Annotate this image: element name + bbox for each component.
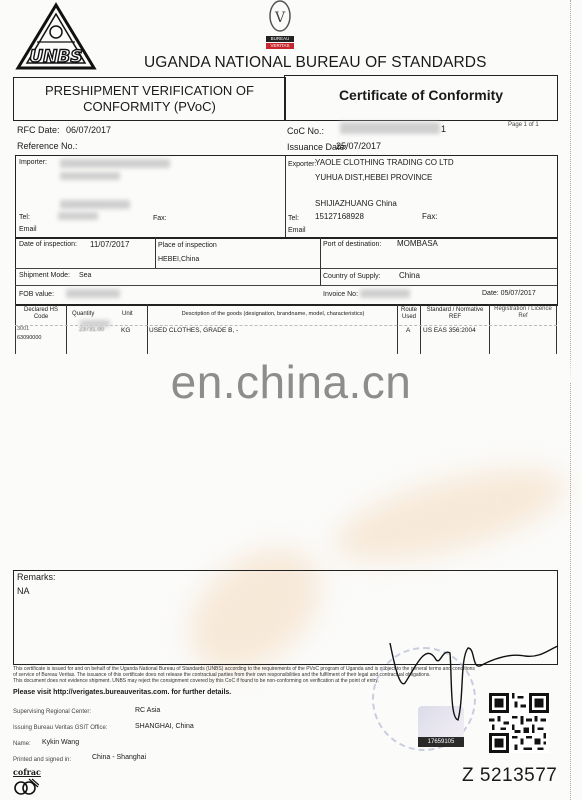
certificate-title: Certificate of Conformity	[285, 87, 557, 103]
divider	[15, 285, 557, 286]
reference-label: Reference No.:	[17, 141, 78, 151]
svg-text:V: V	[274, 10, 286, 26]
cofrac-emblem-icon	[13, 777, 39, 797]
divider	[285, 155, 286, 238]
regional-center-label: Supervising Regional Center:	[13, 709, 91, 715]
exporter-tel-label: Tel:	[288, 215, 299, 222]
col-header-description: Description of the goods (designation, b…	[150, 311, 396, 317]
verification-link[interactable]: Please visit http://verigates.bureauveri…	[13, 689, 231, 696]
program-title-box: PRESHIPMENT VERIFICATION OF CONFORMITY (…	[13, 77, 286, 121]
inspection-place-label: Place of inspection	[158, 242, 217, 249]
watermark: en.china.cn	[0, 355, 582, 409]
rfc-date-label: RFC Date:	[17, 125, 60, 135]
goods-description: USED CLOTHES, GRADE B, -	[149, 327, 238, 334]
rfc-date: 06/07/2017	[66, 125, 111, 135]
col-header-standard: Standard / Normative REF	[421, 307, 489, 321]
importer-tel-redacted	[58, 212, 98, 220]
table-border	[66, 304, 67, 354]
divider	[155, 237, 156, 268]
importer-fax-label: Fax:	[153, 215, 167, 222]
unbs-logo: UNBS	[15, 2, 97, 72]
importer-email-label: Email	[19, 226, 37, 233]
seal-number: 17659105	[418, 737, 464, 747]
program-title-line1: PRESHIPMENT VERIFICATION OF	[14, 83, 285, 99]
certificate-title-box: Certificate of Conformity	[284, 75, 558, 121]
invoice-no-label: Invoice No:	[323, 291, 358, 298]
country-supply-label: Country of Supply:	[323, 273, 381, 280]
inspection-date-label: Date of inspection:	[19, 241, 77, 248]
divider	[15, 304, 557, 305]
paper-stain	[325, 450, 575, 580]
invoice-no-redacted	[360, 289, 410, 298]
issuing-office: SHANGHAI, China	[135, 723, 194, 730]
col-header-quantity: Quantity	[72, 311, 94, 317]
col-header-route: Route Used	[398, 307, 420, 321]
divider	[320, 237, 321, 285]
name-label: Name:	[13, 741, 31, 747]
shipment-mode: Sea	[79, 272, 91, 279]
signatory-name: Kykin Wang	[42, 739, 79, 746]
route-used: A	[406, 327, 410, 334]
exporter-tel: 15127168928	[315, 212, 364, 221]
exporter-address-2: SHIJIAZHUANG China	[315, 199, 397, 208]
inspection-place: HEBEI,China	[158, 256, 199, 263]
fob-value-redacted	[66, 289, 120, 298]
printed-signed-label: Printed and signed in:	[13, 757, 71, 763]
regional-center: RC Asia	[135, 707, 160, 714]
quantity-redacted	[80, 320, 110, 327]
remarks-value: NA	[17, 586, 30, 596]
col-header-registration: Registration / Licence Ref	[490, 306, 556, 320]
cofrac-logo: cofrac	[13, 767, 43, 800]
table-border	[556, 304, 557, 354]
organization-title: UGANDA NATIONAL BUREAU OF STANDARDS	[144, 54, 487, 72]
printed-signed-location: China - Shanghai	[92, 754, 146, 761]
exporter-address-1: YUHUA DIST,HEBEI PROVINCE	[315, 173, 432, 182]
importer-tel-label: Tel:	[19, 214, 30, 221]
bv-label-top: BUREAU	[266, 36, 294, 42]
exporter-name: YAOLE CLOTHING TRADING CO LTD	[315, 158, 454, 167]
divider	[15, 268, 557, 269]
serial-number: Z 5213577	[462, 765, 557, 787]
cofrac-label: cofrac	[13, 767, 43, 777]
fob-value-label: FOB value:	[19, 291, 54, 298]
port-destination-label: Port of destination:	[323, 241, 381, 248]
unit: KG	[121, 327, 130, 334]
hs-code-line1: 3001	[17, 326, 29, 332]
col-header-unit: Unit	[122, 311, 133, 317]
issuing-office-label: Issuing Bureau Veritas GSIT Office:	[13, 725, 108, 731]
bv-label-bottom: VERITAS	[266, 43, 294, 49]
qr-code[interactable]	[489, 693, 549, 753]
country-supply: China	[399, 271, 420, 280]
program-title-line2: CONFORMITY (PVoC)	[14, 99, 285, 115]
exporter-email-label: Email	[288, 227, 306, 234]
importer-address-redacted	[60, 200, 130, 209]
bureau-veritas-logo: V BUREAU VERITAS	[260, 0, 300, 52]
coc-number-suffix: 1	[441, 124, 446, 134]
quantity: 23731.00	[79, 327, 104, 333]
exporter-label: Exporter:	[288, 161, 316, 168]
importer-name-redacted	[60, 159, 170, 168]
exporter-fax-label: Fax:	[422, 212, 438, 221]
shipment-mode-label: Shipment Mode:	[19, 272, 70, 279]
page-indicator: Page 1 of 1	[508, 122, 539, 128]
table-border	[147, 304, 148, 354]
issuance-date: 25/07/2017	[336, 141, 381, 151]
remarks-label: Remarks:	[17, 572, 56, 582]
standard-ref: US EAS 356:2004	[423, 327, 476, 334]
port-destination: MOMBASA	[397, 239, 438, 248]
coc-label: CoC No.:	[287, 126, 324, 136]
invoice-date: Date: 05/07/2017	[482, 290, 536, 297]
importer-address-redacted	[60, 172, 120, 180]
coc-number-redacted	[340, 122, 440, 134]
svg-text:UNBS: UNBS	[29, 47, 82, 67]
inspection-date: 11/07/2017	[90, 240, 129, 249]
importer-label: Importer:	[19, 159, 47, 166]
col-header-hs-code: Declared HS Code	[16, 307, 66, 321]
hs-code-line2: 63090000	[17, 335, 41, 341]
